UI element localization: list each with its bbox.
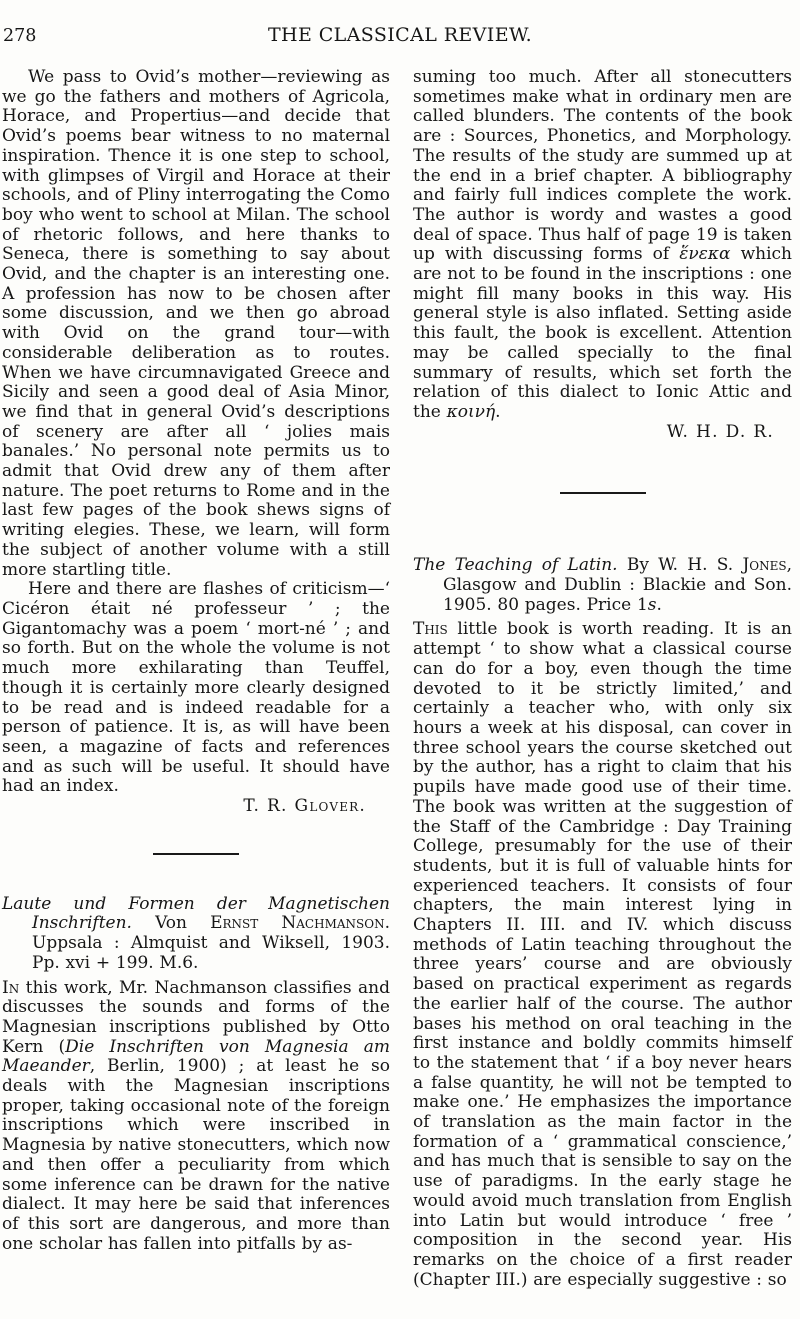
review-book-heading: The Teaching of Latin. By W. H. S. Jones… [413, 556, 792, 615]
smallcaps-text-run: Jones [742, 555, 786, 575]
smallcaps-text-run: Ernst Nachmanson. [210, 913, 390, 933]
text-run: , Berlin, 1900) ; at least he so deals w… [2, 1056, 390, 1253]
smallcaps-text-run: This [413, 619, 448, 639]
text-run: Uppsala : Almquist and Wiksell, 1903. Pp… [32, 933, 390, 973]
section-divider-rule [153, 853, 239, 855]
text-run: Von [132, 913, 210, 933]
text-run: W. H. D. R. [667, 422, 774, 442]
text-run: We pass to Ovid’s mother—reviewing as we… [2, 67, 390, 580]
smallcaps-text-run: In [2, 978, 19, 998]
text-run: suming too much. After all stonecutters … [413, 67, 792, 264]
italic-text-run: The Teaching of Latin. [413, 555, 618, 575]
body-paragraph: This little book is worth reading. It is… [413, 620, 792, 1290]
body-paragraph: We pass to Ovid’s mother—reviewing as we… [2, 68, 390, 580]
left-column: We pass to Ovid’s mother—reviewing as we… [2, 68, 390, 1290]
text-run: Here and there are flashes of criticism—… [2, 579, 390, 796]
journal-page-scan: 278 THE CLASSICAL REVIEW. We pass to Ovi… [0, 0, 800, 1319]
body-paragraph: suming too much. After all stonecutters … [413, 68, 792, 423]
section-divider-rule [560, 492, 646, 494]
text-run: By W. H. S. [618, 555, 743, 575]
reviewer-signature: W. H. D. R. [413, 423, 792, 443]
body-paragraph: In this work, Mr. Nachmanson classifies … [2, 979, 390, 1255]
text-run: . [495, 402, 500, 422]
italic-text-run: κοινή [447, 402, 496, 422]
two-column-text-area: We pass to Ovid’s mother—reviewing as we… [2, 68, 794, 1290]
body-paragraph: Here and there are flashes of criticism—… [2, 580, 390, 797]
italic-text-run: s [648, 595, 657, 615]
text-run: . [657, 595, 662, 615]
review-book-heading: Laute und Formen der Magnetischen Inschr… [2, 895, 390, 974]
text-run: which are not to be found in the inscrip… [413, 244, 792, 422]
reviewer-signature: T. R. Glover. [2, 797, 390, 817]
page-header: 278 THE CLASSICAL REVIEW. [0, 24, 800, 54]
text-run: little book is worth reading. It is an a… [413, 619, 792, 1289]
right-column: suming too much. After all stonecutters … [413, 68, 792, 1290]
italic-text-run: ἕνεκα [679, 244, 730, 264]
text-run: T. R. Glover. [243, 796, 366, 816]
journal-title: THE CLASSICAL REVIEW. [0, 24, 800, 46]
